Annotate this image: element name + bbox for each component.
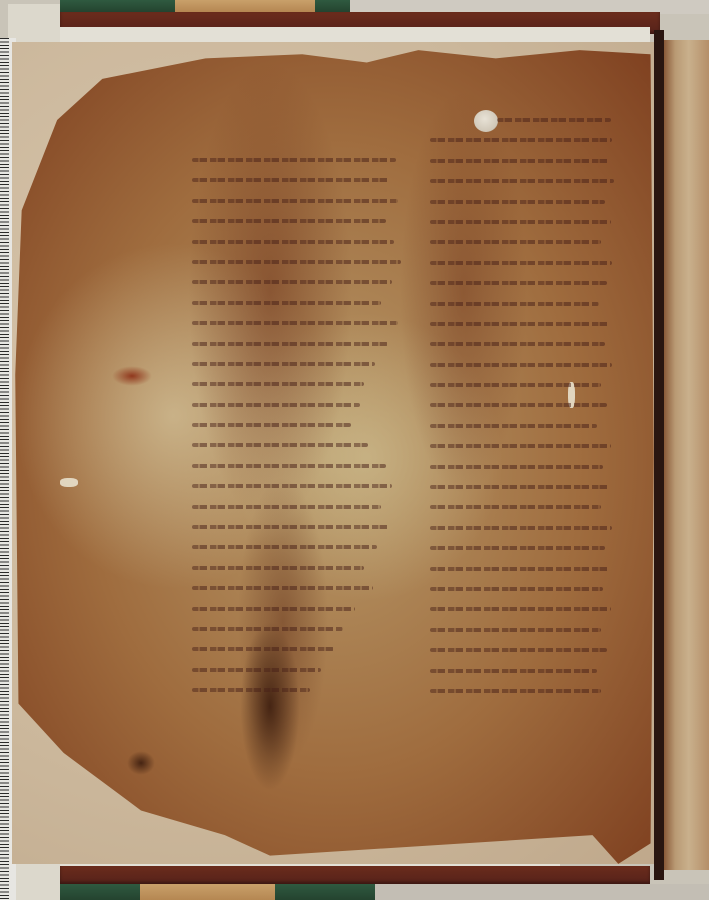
rust-spot (112, 366, 152, 386)
backdrop-wood-strip (140, 884, 275, 900)
backdrop-green-strip (60, 884, 140, 900)
backdrop-green-strip (275, 884, 375, 900)
parchment-leaf (12, 46, 657, 868)
backdrop (375, 884, 709, 900)
backdrop-green-strip (60, 0, 175, 12)
backdrop-wood-strip (175, 0, 315, 12)
parchment-flake (60, 478, 78, 487)
text-column-right (430, 118, 620, 709)
backdrop-green-strip (315, 0, 350, 12)
mount-board-bottom (60, 866, 650, 884)
ink-stain (127, 751, 155, 775)
binding-gutter (654, 30, 664, 880)
mount-strip-top (60, 27, 650, 43)
facing-page-edge (664, 40, 709, 870)
text-column-left (192, 158, 407, 709)
